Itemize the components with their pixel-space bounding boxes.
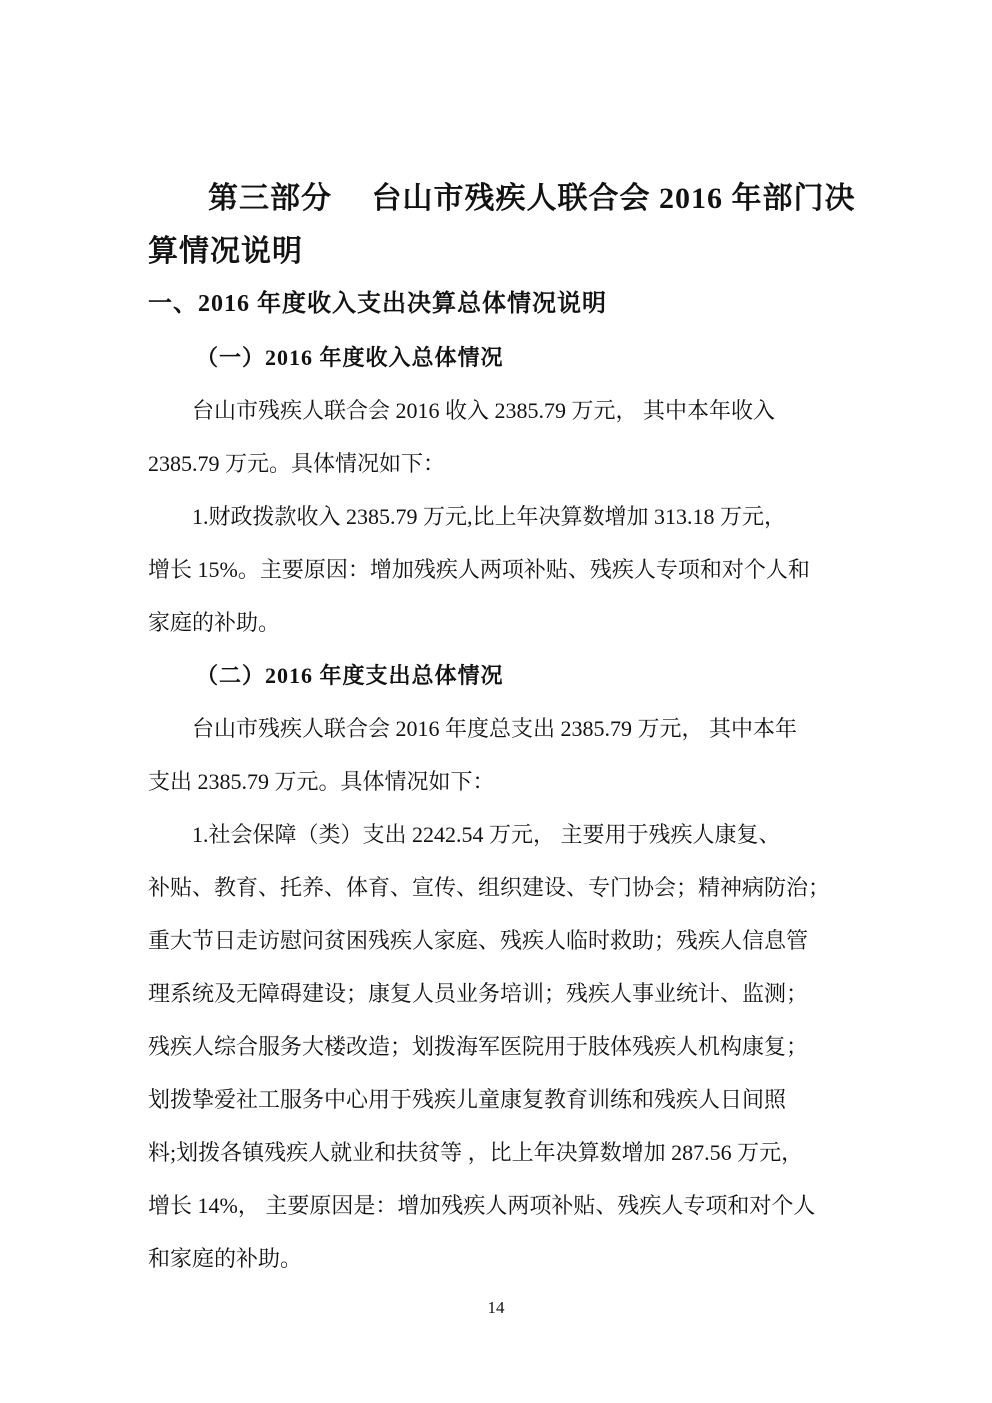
text-line: 划拨挚爱社工服务中心用于残疾儿童康复教育训练和残疾人日间照 (148, 1073, 860, 1126)
text-line: 补贴、教育、托养、体育、宣传、组织建设、专门协会；精神病防治； (148, 861, 860, 914)
text-line: 理系统及无障碍建设；康复人员业务培训；残疾人事业统计、监测； (148, 967, 860, 1020)
text-line: 残疾人综合服务大楼改造；划拨海军医院用于肢体残疾人机构康复； (148, 1020, 860, 1073)
text-line: 算情况说明 (148, 225, 860, 278)
text-line: 一、2016 年度收入支出决算总体情况说明 (148, 278, 860, 331)
page-number: 14 (0, 1298, 992, 1318)
text-line: 支出 2385.79 万元。具体情况如下： (148, 755, 860, 808)
document-content: 第三部分 台山市残疾人联合会 2016 年部门决算情况说明一、2016 年度收入… (148, 172, 860, 1285)
text-line: 增长 15%。主要原因：增加残疾人两项补贴、残疾人专项和对个人和 (148, 543, 860, 596)
text-line: 台山市残疾人联合会 2016 年度总支出 2385.79 万元， 其中本年 (148, 702, 860, 755)
text-line: 2385.79 万元。具体情况如下： (148, 437, 860, 490)
text-line: 1.财政拨款收入 2385.79 万元,比上年决算数增加 313.18 万元， (148, 490, 860, 543)
text-line: （二）2016 年度支出总体情况 (148, 649, 860, 702)
text-line: 料;划拨各镇残疾人就业和扶贫等 ，比上年决算数增加 287.56 万元， (148, 1126, 860, 1179)
text-line: 家庭的补助。 (148, 596, 860, 649)
text-line: 台山市残疾人联合会 2016 收入 2385.79 万元， 其中本年收入 (148, 384, 860, 437)
text-line: 1.社会保障（类）支出 2242.54 万元， 主要用于残疾人康复、 (148, 808, 860, 861)
document-page: 第三部分 台山市残疾人联合会 2016 年部门决算情况说明一、2016 年度收入… (0, 0, 992, 1403)
text-line: （一）2016 年度收入总体情况 (148, 331, 860, 384)
text-line: 第三部分 台山市残疾人联合会 2016 年部门决 (148, 172, 860, 225)
text-line: 和家庭的补助。 (148, 1232, 860, 1285)
text-line: 增长 14%， 主要原因是：增加残疾人两项补贴、残疾人专项和对个人 (148, 1179, 860, 1232)
text-line: 重大节日走访慰问贫困残疾人家庭、残疾人临时救助；残疾人信息管 (148, 914, 860, 967)
